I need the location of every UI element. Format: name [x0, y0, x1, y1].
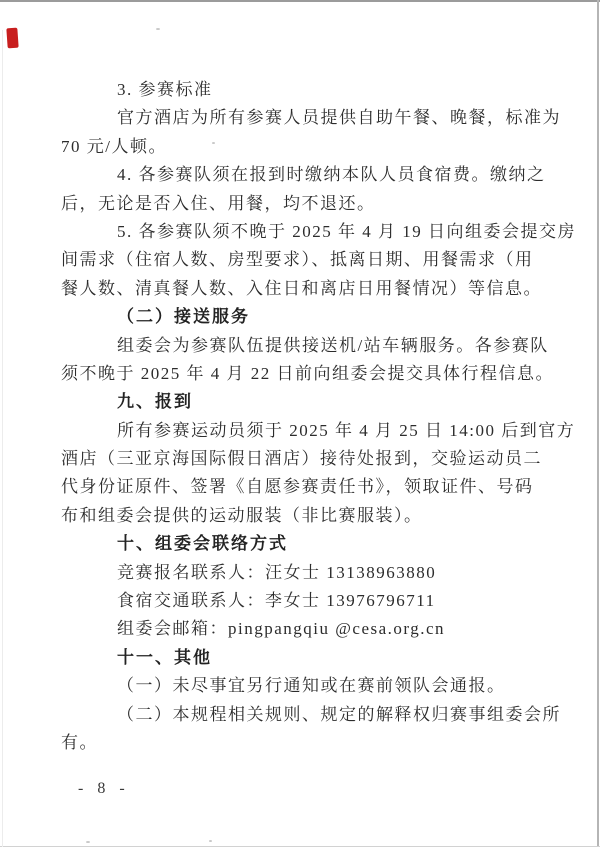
- doc-line-competition-contact: 竞赛报名联系人：汪女士 13138963880: [61, 559, 543, 587]
- doc-heading-check-in: 九、报到: [61, 388, 543, 416]
- doc-line-shuttle-2: 须不晚于 2025 年 4 月 22 日前向组委会提交具体行程信息。: [61, 360, 543, 388]
- doc-line-others-1: （一）未尽事宜另行通知或在赛前领队会通报。: [61, 672, 543, 700]
- doc-line-meal-standard-1: 官方酒店为所有参赛人员提供自助午餐、晚餐，标准为: [61, 104, 543, 132]
- doc-line-item-4-2: 后，无论是否入住、用餐，均不退还。: [61, 190, 543, 218]
- doc-heading-others: 十一、其他: [61, 644, 543, 672]
- page-number: - 8 -: [78, 780, 130, 798]
- doc-line-item-5-3: 餐人数、清真餐人数、入住日和离店日用餐情况）等信息。: [61, 275, 543, 303]
- doc-heading-shuttle-service: （二）接送服务: [61, 303, 543, 331]
- doc-line-others-3: 有。: [61, 729, 543, 757]
- doc-line-item-5-1: 5. 各参赛队须不晚于 2025 年 4 月 19 日向组委会提交房: [61, 218, 543, 246]
- scan-edge-right: [597, 0, 599, 847]
- doc-line-lodging-contact: 食宿交通联系人：李女士 13976796711: [61, 587, 543, 615]
- scan-speck: [156, 28, 160, 30]
- doc-line-shuttle-1: 组委会为参赛队伍提供接送机/站车辆服务。各参赛队: [61, 332, 543, 360]
- doc-line-committee-email: 组委会邮箱：pingpangqiu @cesa.org.cn: [61, 615, 543, 643]
- doc-line-check-in-4: 布和组委会提供的运动服装（非比赛服装）。: [61, 502, 543, 530]
- doc-heading-contact-info: 十、组委会联络方式: [61, 530, 543, 558]
- doc-line-item-4-1: 4. 各参赛队须在报到时缴纳本队人员食宿费。缴纳之: [61, 161, 543, 189]
- doc-line-item-3-title: 3. 参赛标准: [61, 76, 543, 104]
- scan-edge-left: [2, 30, 3, 847]
- doc-line-check-in-2: 酒店（三亚京海国际假日酒店）接待处报到，交验运动员二: [61, 445, 543, 473]
- document-page: 3. 参赛标准 官方酒店为所有参赛人员提供自助午餐、晚餐，标准为 70 元/人顿…: [61, 76, 543, 757]
- scan-speck: [209, 840, 212, 842]
- doc-line-item-5-2: 间需求（住宿人数、房型要求）、抵离日期、用餐需求（用: [61, 246, 543, 274]
- doc-line-check-in-3: 代身份证原件、签署《自愿参赛责任书》，领取证件、号码: [61, 473, 543, 501]
- doc-line-others-2: （二）本规程相关规则、规定的解释权归赛事组委会所: [61, 701, 543, 729]
- red-ink-blob: [6, 28, 18, 49]
- scan-speck: [86, 841, 90, 843]
- doc-line-check-in-1: 所有参赛运动员须于 2025 年 4 月 25 日 14:00 后到官方: [61, 417, 543, 445]
- scan-edge-top: [0, 0, 600, 2]
- doc-line-meal-standard-2: 70 元/人顿。: [61, 133, 543, 161]
